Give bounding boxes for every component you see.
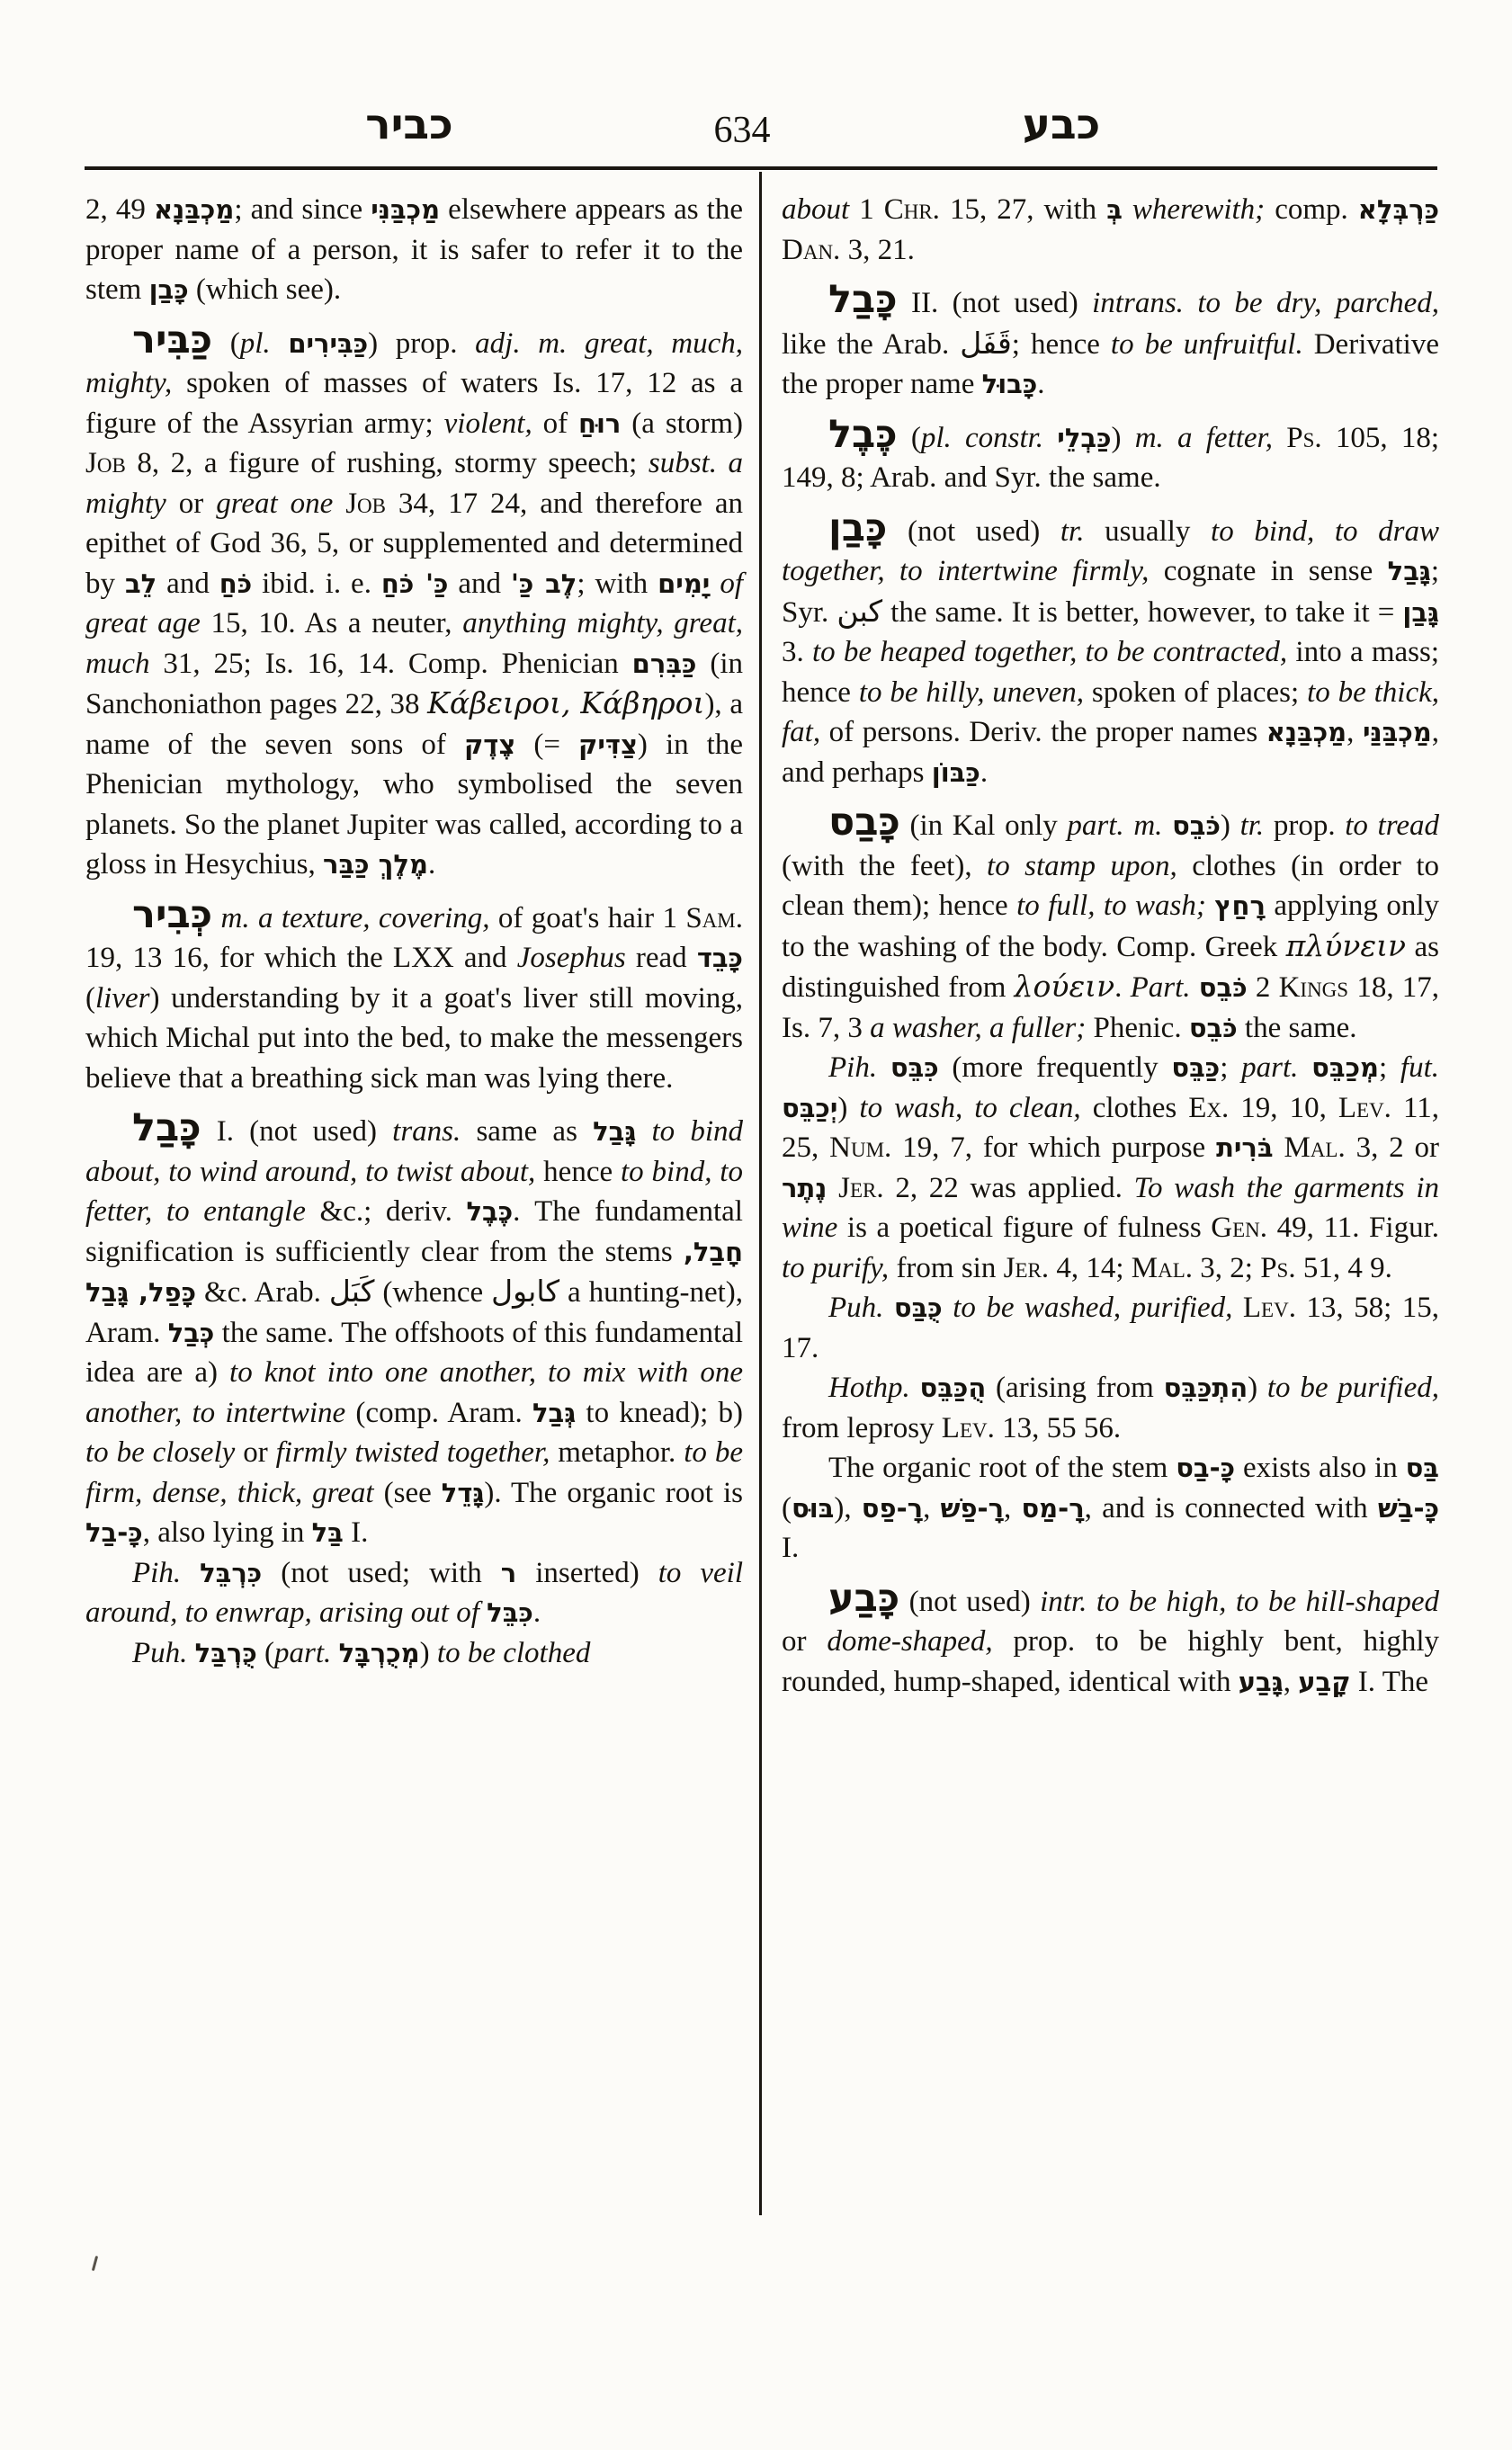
- hebrew-text: גָּבַן: [1402, 597, 1439, 628]
- text-run: Mal.: [1284, 1131, 1345, 1164]
- right-column: about 1 Chr. 15, 27, with בְּ wherewith;…: [782, 190, 1439, 1702]
- hebrew-text: כִּבֵּל: [487, 1597, 533, 1628]
- text-run: same as: [461, 1115, 593, 1148]
- text-run: 49, 11. Figur.: [1267, 1212, 1439, 1244]
- text-run: 8, 2, a figure of rushing, stormy speech…: [126, 447, 649, 479]
- hebrew-text: ר: [501, 1558, 516, 1588]
- text-run: 3, 21.: [840, 234, 915, 266]
- text-run: Job: [345, 487, 386, 520]
- text-run: firmly twisted together,: [276, 1436, 550, 1469]
- hebrew-text: נֶתֶר: [782, 1173, 827, 1203]
- paragraph: Puh. כֻּבַּס to be washed, purified, Lev…: [782, 1288, 1439, 1368]
- text-run: [181, 1557, 200, 1589]
- text-run: 19, 10,: [1229, 1092, 1338, 1124]
- text-run: metaphor.: [550, 1436, 684, 1469]
- text-run: (see: [374, 1477, 442, 1509]
- text-run: ;: [1220, 1051, 1241, 1084]
- text-run: 1: [849, 193, 884, 226]
- text-run: pl.: [240, 327, 271, 360]
- hebrew-text: כַּרְבְּלָא: [1358, 194, 1439, 225]
- text-run: Jer.: [838, 1172, 883, 1204]
- hebrew-text: כָּבַע: [828, 1576, 899, 1621]
- hebrew-text: לֶב כַּ': [511, 568, 577, 599]
- text-run: 2, 49: [85, 193, 154, 226]
- hebrew-text: כֶּבֶל: [828, 412, 898, 457]
- text-run: read: [626, 942, 697, 974]
- text-run: (with the feet),: [782, 850, 987, 882]
- hebrew-text: כָּ-בַס: [1176, 1453, 1235, 1483]
- text-run: part.: [274, 1637, 331, 1669]
- text-run: Puh.: [132, 1637, 187, 1669]
- text-run: ,: [1284, 1666, 1299, 1698]
- text-run: to knead); b): [576, 1397, 743, 1429]
- text-run: m. a fetter,: [1135, 422, 1273, 454]
- hebrew-text: בְּ: [1106, 194, 1123, 225]
- text-run: , and is connected with: [1085, 1492, 1378, 1525]
- text-run: and: [448, 568, 511, 600]
- hebrew-text: כָּבַן: [828, 505, 887, 550]
- text-run: Mal.: [1132, 1252, 1193, 1284]
- hebrew-text: כֻּבַּס: [894, 1292, 943, 1323]
- hebrew-text: יָמִים: [658, 568, 710, 599]
- column-divider-rule: [759, 172, 762, 2215]
- dictionary-entry: כְּבִיר m. a texture, covering, of goat'…: [85, 895, 743, 1099]
- text-run: 51, 4 9.: [1296, 1252, 1392, 1284]
- text-run: Josephus: [517, 942, 626, 974]
- text-run: is a poetical figure of fulness: [837, 1212, 1211, 1244]
- hebrew-text: כָּבֵד: [697, 943, 743, 973]
- text-run: exists also in: [1235, 1452, 1406, 1484]
- text-run: violent,: [444, 407, 532, 440]
- dictionary-entry: כָּבַל II. (not used) intrans. to be dry…: [782, 280, 1439, 405]
- text-run: [212, 902, 220, 934]
- text-run: .: [1037, 368, 1044, 400]
- text-run: (arising from: [986, 1372, 1163, 1404]
- header-catchword-right: כבע: [913, 90, 1210, 160]
- text-run: Lev.: [1243, 1292, 1296, 1324]
- hebrew-text: כֹּבֵס: [1189, 1013, 1238, 1043]
- text-run: ) prop.: [368, 327, 475, 360]
- scan-artifact: [92, 2256, 98, 2271]
- hebrew-text: מַכְבַּנָא: [1266, 717, 1346, 747]
- text-run: fut.: [1400, 1051, 1439, 1084]
- text-run: inserted): [516, 1557, 658, 1589]
- text-run: m. a texture, covering,: [221, 902, 490, 934]
- header-catchword-left: כביר: [261, 90, 558, 160]
- text-run: (: [85, 982, 95, 1015]
- text-run: [479, 1596, 487, 1629]
- text-run: a washer, a fuller;: [870, 1012, 1086, 1044]
- paragraph: Pih. כִּבֵּס (more frequently כַּבֵּס; p…: [782, 1048, 1439, 1288]
- text-run: .: [533, 1596, 541, 1629]
- hebrew-text: כֶּבֶל: [467, 1196, 514, 1227]
- paragraph: Puh. כֻּרְבַּל (part. מְכֻרְבָּל) to be …: [85, 1633, 743, 1674]
- text-run: (in Kal only: [900, 809, 1068, 842]
- text-run: &c.; deriv.: [306, 1195, 467, 1228]
- dictionary-entry: כֶּבֶל (pl. constr. כַּבְלֵי) m. a fette…: [782, 415, 1439, 498]
- text-run: Phenic.: [1086, 1012, 1189, 1044]
- hebrew-text: בֹּרִית: [1216, 1132, 1274, 1163]
- text-run: ibid. i. e.: [252, 568, 381, 600]
- text-run: [910, 1372, 920, 1404]
- hebrew-text: רָחַץ: [1214, 890, 1266, 921]
- dictionary-entry: כָּבַע (not used) intr. to be high, to b…: [782, 1578, 1439, 1703]
- text-run: of persons. Deriv. the proper names: [820, 716, 1266, 748]
- text-run: to tread: [1345, 809, 1439, 842]
- text-run: [1232, 1292, 1242, 1324]
- hebrew-text: כִּבֵּס: [890, 1052, 939, 1083]
- hebrew-text: כְּבִיר: [132, 892, 212, 937]
- text-run: part. m.: [1067, 809, 1162, 842]
- text-run: about: [782, 193, 849, 226]
- text-run: [636, 1115, 651, 1148]
- text-run: to be purified,: [1267, 1372, 1439, 1404]
- text-run: [1123, 193, 1132, 226]
- header-rule: [85, 166, 1437, 170]
- text-run: 4, 14;: [1049, 1252, 1132, 1284]
- text-run: Pih.: [132, 1557, 181, 1589]
- text-run: Puh.: [828, 1292, 883, 1324]
- hebrew-text: רָ-מַס: [1021, 1493, 1084, 1524]
- hebrew-text: מַכְבַּנַּי: [1363, 717, 1432, 747]
- text-run: ): [837, 1092, 859, 1124]
- text-run: ),: [834, 1492, 861, 1525]
- dictionary-entry: כָּבַן (not used) tr. usually to bind, t…: [782, 508, 1439, 793]
- text-run: intrans. to be dry, parched,: [1092, 287, 1439, 319]
- text-run: ): [1221, 809, 1240, 842]
- page-number: 634: [666, 101, 819, 160]
- text-run: of goat's hair 1: [490, 902, 686, 934]
- text-run: or: [166, 487, 216, 520]
- dictionary-entry: כַּבִּיר (pl. כַּבִּירִים) prop. adj. m.…: [85, 320, 743, 885]
- text-run: Hothp.: [828, 1372, 910, 1404]
- text-run: [883, 1292, 893, 1324]
- text-run: Ps.: [1286, 422, 1321, 454]
- text-run: (which see).: [189, 273, 342, 306]
- text-run: (: [212, 327, 240, 360]
- hebrew-text: כְּבַל: [168, 1318, 215, 1348]
- arabic-text: كَبَل: [329, 1274, 375, 1309]
- hebrew-text: כַּבְלֵי: [1057, 423, 1111, 453]
- text-run: Pih.: [828, 1051, 877, 1084]
- text-run: to be closely: [85, 1436, 235, 1469]
- text-run: and: [157, 568, 219, 600]
- text-run: [271, 327, 289, 360]
- text-run: [1298, 1051, 1311, 1084]
- text-run: Num.: [829, 1131, 891, 1164]
- paragraph: Pih. כִּרְבֵּל (not used; with ר inserte…: [85, 1553, 743, 1633]
- hebrew-text: כֹּבֵס: [1172, 810, 1221, 841]
- text-run: ; and since: [234, 193, 371, 226]
- text-run: or: [782, 1625, 827, 1658]
- hebrew-text: מֶלֶךְ כַּבַּר: [323, 849, 428, 880]
- paragraph: about 1 Chr. 15, 27, with בְּ wherewith;…: [782, 190, 1439, 270]
- text-run: from sin: [889, 1252, 1003, 1284]
- hebrew-text: קָבַע: [1298, 1667, 1350, 1697]
- text-run: (a storm): [621, 407, 743, 440]
- arabic-text: قَفَل: [960, 326, 1011, 361]
- hebrew-text: גָּדֵל: [442, 1478, 485, 1508]
- hebrew-text: יְכַבֵּס: [782, 1093, 837, 1123]
- text-run: ): [1248, 1372, 1267, 1404]
- text-run: ,: [1004, 1492, 1021, 1525]
- text-run: spoken of places;: [1084, 676, 1307, 709]
- hebrew-text: מְכֻרְבָּל: [339, 1638, 420, 1668]
- text-run: Lev.: [942, 1412, 995, 1444]
- text-run: Gen.: [1211, 1212, 1267, 1244]
- text-run: trans.: [392, 1115, 461, 1148]
- text-run: clothes: [1081, 1092, 1189, 1124]
- text-run: (not used; with: [262, 1557, 501, 1589]
- text-run: [877, 1051, 890, 1084]
- text-run: (not used): [899, 1586, 1040, 1618]
- text-run: to stamp upon,: [987, 850, 1177, 882]
- hebrew-text: כֹּבֵס: [1199, 972, 1248, 1003]
- text-run: to be heaped together, to be contracted,: [812, 636, 1287, 668]
- text-run: (: [782, 1492, 792, 1525]
- text-run: intr. to be high, to be hill-shaped: [1040, 1586, 1439, 1618]
- text-run: .: [980, 756, 988, 789]
- hebrew-text: כֹּחַ: [219, 568, 252, 599]
- text-run: like the Arab.: [782, 328, 960, 361]
- arabic-text: كبن: [837, 594, 882, 629]
- text-run: [1274, 1131, 1284, 1164]
- hebrew-text: גָּבַל: [593, 1116, 636, 1147]
- text-run: Sam.: [685, 902, 743, 934]
- text-run: to purify,: [782, 1252, 889, 1284]
- text-run: ; hence: [1012, 328, 1111, 361]
- text-run: (: [898, 422, 921, 454]
- text-run: .: [1114, 971, 1130, 1004]
- text-run: dome-shaped,: [827, 1625, 992, 1658]
- hebrew-text: כַּבִּירִים: [288, 328, 368, 359]
- hebrew-text: רָ-פַשׁ: [940, 1493, 1004, 1524]
- left-column: 2, 49 מַכְבַּנָא; and since מַכְבַּנִּי …: [85, 190, 743, 1673]
- hebrew-text: כַּבִּיר: [132, 317, 212, 362]
- text-run: hence: [535, 1156, 621, 1188]
- text-run: the same.: [1238, 1012, 1357, 1044]
- hebrew-text: כָּבוּל: [982, 369, 1038, 399]
- text-run: [331, 1637, 338, 1669]
- text-run: Ex.: [1188, 1092, 1229, 1124]
- hebrew-text: צַדִּיק: [578, 729, 638, 760]
- text-run: from leprosy: [782, 1412, 942, 1444]
- text-run: comp.: [1265, 193, 1358, 226]
- text-run: 13, 55 56.: [995, 1412, 1121, 1444]
- hebrew-text: מַכְבַּנִּי: [371, 194, 440, 225]
- text-run: pl. constr.: [921, 422, 1043, 454]
- text-run: Job: [85, 447, 126, 479]
- text-run: cognate in sense: [1149, 555, 1387, 587]
- hebrew-text: לֵב: [125, 568, 157, 599]
- text-run: 2: [1248, 971, 1279, 1004]
- text-run: [1206, 890, 1214, 922]
- text-run: to wash, to clean,: [859, 1092, 1080, 1124]
- hebrew-text: כִּרְבֵּל: [200, 1558, 262, 1588]
- text-run: ;: [1379, 1051, 1400, 1084]
- text-run: Lev.: [1338, 1092, 1391, 1124]
- hebrew-text: כָּבַן: [149, 274, 189, 305]
- text-run: great one: [216, 487, 333, 520]
- paragraph: 2, 49 מַכְבַּנָא; and since מַכְבַּנִּי …: [85, 190, 743, 310]
- text-run: , also lying in: [143, 1516, 312, 1549]
- text-run: [1162, 809, 1172, 842]
- text-run: (not used): [887, 515, 1060, 548]
- text-run: .: [428, 848, 435, 881]
- text-run: ): [1112, 422, 1135, 454]
- hebrew-text: כָּבַל: [132, 1105, 201, 1150]
- hebrew-text: כָּבַס: [828, 800, 900, 845]
- text-run: or: [235, 1436, 275, 1469]
- greek-text: λούειν: [1015, 969, 1115, 1004]
- text-run: 19, 7, for which purpose: [891, 1131, 1216, 1164]
- text-run: 15, 10. As a neuter,: [201, 607, 462, 639]
- text-run: ,: [1346, 716, 1363, 748]
- text-run: usually: [1084, 515, 1211, 548]
- text-run: 3, 2;: [1193, 1252, 1260, 1284]
- text-run: ) understanding by it a goat's liver sti…: [85, 982, 743, 1095]
- hebrew-text: בּוּס: [792, 1493, 834, 1524]
- text-run: [827, 1172, 838, 1204]
- hebrew-text: גָּבַע: [1239, 1667, 1284, 1697]
- hebrew-text: מַכְבַּנָא: [154, 194, 234, 225]
- text-run: ): [420, 1637, 437, 1669]
- text-run: 3.: [782, 636, 812, 668]
- hebrew-text: כַּבִּרִם: [632, 648, 697, 679]
- text-run: [1273, 422, 1286, 454]
- text-run: 3, 2 or: [1346, 1131, 1439, 1164]
- dictionary-entry: כָּבַס (in Kal only part. m. כֹּבֵס) tr.…: [782, 802, 1439, 1048]
- text-run: 15, 27, with: [940, 193, 1106, 226]
- text-run: &c. Arab.: [196, 1276, 329, 1309]
- text-run: tr.: [1240, 809, 1265, 842]
- hebrew-text: מְכַבֵּס: [1311, 1052, 1379, 1083]
- text-run: [187, 1637, 194, 1669]
- hebrew-text: גָּבַל: [1388, 556, 1431, 586]
- greek-text: πλύνειν: [1286, 928, 1406, 963]
- lexicon-page: כביר 634 כבע 2, 49 מַכְבַּנָא; and since…: [0, 0, 1512, 2450]
- hebrew-text: כַּבֵּס: [1171, 1052, 1220, 1083]
- text-run: of: [532, 407, 578, 440]
- text-run: The organic root of the stem: [828, 1452, 1176, 1484]
- text-run: to full, to wash;: [1016, 890, 1206, 922]
- text-run: [333, 487, 345, 520]
- text-run: Ps.: [1260, 1252, 1295, 1284]
- text-run: I.: [782, 1532, 799, 1564]
- text-run: (comp. Aram.: [345, 1397, 532, 1429]
- hebrew-text: בַּס: [1406, 1453, 1439, 1483]
- text-run: 19, 13 16, for which the LXX and: [85, 942, 517, 974]
- paragraph: The organic root of the stem כָּ-בַס exi…: [782, 1448, 1439, 1569]
- text-run: 2, 22 was applied.: [884, 1172, 1134, 1204]
- text-run: ; with: [577, 568, 658, 600]
- text-run: [710, 568, 720, 600]
- text-run: Kings: [1279, 971, 1349, 1004]
- hebrew-text: גְּבַל: [532, 1398, 576, 1428]
- text-run: to be unfruitful.: [1111, 328, 1303, 361]
- text-run: ). The organic root is: [484, 1477, 743, 1509]
- text-run: Part.: [1131, 971, 1191, 1004]
- hebrew-text: הֻכַּבֵּס: [920, 1373, 987, 1403]
- text-run: I. (not used): [201, 1115, 393, 1148]
- text-run: the same. It is better, however, to take…: [882, 596, 1402, 629]
- text-run: [1043, 422, 1057, 454]
- hebrew-text: רָ-פַס: [862, 1493, 923, 1524]
- hebrew-text: הִתְכַּבֵּס: [1164, 1373, 1248, 1403]
- text-run: I.: [344, 1516, 369, 1549]
- hebrew-text: כָּ-בַשׁ: [1378, 1493, 1439, 1524]
- greek-text: Κάβειροι, Κάβηροι: [427, 685, 704, 720]
- arabic-text: كابول: [491, 1274, 559, 1309]
- text-run: II. (not used): [898, 287, 1093, 319]
- text-run: (: [257, 1637, 274, 1669]
- text-run: to be clothed: [437, 1637, 590, 1669]
- hebrew-text: כַּ' כֹּחַ: [381, 568, 448, 599]
- text-run: Chr.: [884, 193, 940, 226]
- text-run: (whence: [374, 1276, 491, 1309]
- text-run: Jer.: [1004, 1252, 1049, 1284]
- dictionary-entry: כָּבַל I. (not used) trans. same as גָּב…: [85, 1108, 743, 1553]
- hebrew-text: רוּחַ: [578, 408, 621, 439]
- text-run: (=: [515, 729, 578, 761]
- text-run: I. The: [1351, 1666, 1428, 1698]
- hebrew-text: צֶדֶק: [464, 729, 515, 760]
- paragraph: Hothp. הֻכַּבֵּס (arising from הִתְכַּבֵ…: [782, 1368, 1439, 1448]
- text-run: wherewith;: [1132, 193, 1265, 226]
- text-run: tr.: [1060, 515, 1085, 548]
- text-run: 31, 25; Is. 16, 14. Comp. Phenician: [149, 648, 631, 680]
- text-run: [943, 1292, 953, 1324]
- text-run: part.: [1241, 1051, 1298, 1084]
- text-run: Dan.: [782, 234, 840, 266]
- text-run: to be hilly, uneven,: [859, 676, 1084, 709]
- hebrew-text: כֻּרְבַּל: [195, 1638, 257, 1668]
- text-run: [1191, 971, 1199, 1004]
- text-run: prop.: [1264, 809, 1345, 842]
- text-run: to be washed, purified,: [953, 1292, 1232, 1324]
- hebrew-text: כַּבּוֹן: [932, 757, 980, 788]
- hebrew-text: כָּבַל: [828, 277, 898, 322]
- text-run: liver: [95, 982, 149, 1015]
- hebrew-text: בַּל: [312, 1517, 344, 1548]
- text-run: (more frequently: [939, 1051, 1172, 1084]
- hebrew-text: כָּ-בַל: [85, 1517, 143, 1548]
- text-run: ,: [923, 1492, 940, 1525]
